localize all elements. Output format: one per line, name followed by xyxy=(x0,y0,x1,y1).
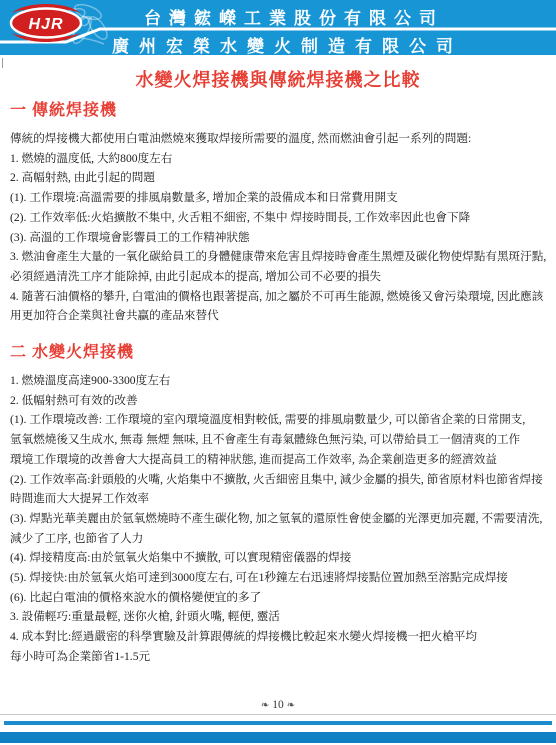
body-line: (4). 焊接精度高:由於氫氧火焰集中不擴散, 可以實現精密儀器的焊接 xyxy=(10,548,550,568)
body-line: (2). 工作效率低:火焰擴散不集中, 火舌粗不細密, 不集中 焊接時間長, 工… xyxy=(10,208,550,228)
body-line: 減少了工序, 也節省了人力 xyxy=(10,529,550,549)
body-line: 傳統的焊接機大都使用白電油燃燒來獲取焊接所需要的溫度, 然而燃油會引起一系列的問… xyxy=(10,129,550,149)
page-title: 水變火焊接機與傳統焊接機之比較 xyxy=(0,66,556,92)
page-number-value: 10 xyxy=(272,699,284,711)
ornament-icon: ❧ xyxy=(261,700,269,711)
logo-text: HJR xyxy=(28,16,63,33)
body-line: 4. 隨著石油價格的攀升, 白電油的價格也跟著提高, 加之屬於不可再生能源, 燃… xyxy=(10,287,550,307)
section1-heading: 一 傳統焊接機 xyxy=(10,97,550,120)
document-page: HJR 台灣鋐嶸工業股份有限公司 廣州宏榮水變火制造有限公司 水變火焊接機與傳統… xyxy=(0,0,556,745)
body-line: 每小時可為企業節省1-1.5元 xyxy=(10,647,550,667)
section2-heading: 二 水變火焊接機 xyxy=(10,339,550,362)
body-line: 2. 高幅射熱, 由此引起的問題 xyxy=(10,168,550,188)
body-line: 4. 成本對比:經過嚴密的科學實驗及計算跟傳統的焊接機比較起來水變火焊接機一把火… xyxy=(10,627,550,647)
body-line: (6). 比起白電油的價格來說水的價格變便宜的多了 xyxy=(10,588,550,608)
body-line: (1). 工作環境:高溫需要的排風扇數量多, 增加企業的設備成本和日常費用開支 xyxy=(10,188,550,208)
company-name-taiwan: 台灣鋐嶸工業股份有限公司 xyxy=(144,4,444,29)
hjr-logo: HJR xyxy=(0,0,92,46)
body-line: (3). 焊點光華美麗由於氫氧燃燒時不產生碳化物, 加之氫氧的還原性會使金屬的光… xyxy=(10,509,550,529)
body-line: 1. 燃燒的溫度低, 大約800度左右 xyxy=(10,149,550,169)
body-line: (3). 高溫的工作環境會影響員工的工作精神狀態 xyxy=(10,228,550,248)
body-line: 時間進而大大提昇工作效率 xyxy=(10,489,550,509)
body-line: (1). 工作環境改善: 工作環境的室內環境溫度相對較低, 需要的排風扇數量少,… xyxy=(10,410,550,430)
body-line: 環境工作環境的改善會大大提高員工的精神狀態, 進而提高工作效率, 為企業創造更多… xyxy=(10,450,550,470)
footer-hairline xyxy=(0,714,556,715)
body-line: 用更加符合企業與社會共贏的產品來替代 xyxy=(10,306,550,326)
ornament-icon: ❧ xyxy=(287,700,295,711)
body-line: (2). 工作效率高:針頭般的火嘴, 火焰集中不擴散, 火舌細密且集中, 減少金… xyxy=(10,470,550,490)
document-body: 一 傳統焊接機 傳統的焊接機大都使用白電油燃燒來獲取焊接所需要的溫度, 然而燃油… xyxy=(10,97,550,667)
body-line: 3. 燃油會產生大量的一氧化碳給員工的身體健康帶來危害且焊接時會產生黑煙及碳化物… xyxy=(10,247,550,267)
body-line: 3. 設備輕巧:重量最輕, 迷你火槍, 針頭火嘴, 輕便, 靈活 xyxy=(10,607,550,627)
body-line: 1. 燃燒溫度高達900-3300度左右 xyxy=(10,371,550,391)
body-line: 必須經過清洗工序才能除掉, 由此引起成本的提高, 增加公司不必要的損失 xyxy=(10,267,550,287)
header-band: HJR 台灣鋐嶸工業股份有限公司 廣州宏榮水變火制造有限公司 xyxy=(0,0,556,55)
body-line: (5). 焊接快:由於氫氧火焰可達到3000度左右, 可在1秒鐘左右迅速將焊接點… xyxy=(10,568,550,588)
body-line: 氫氧燃燒後又生成水, 無毒 無煙 無味, 且不會產生有毒氣體綠色無污染, 可以帶… xyxy=(10,430,550,450)
body-line: 2. 低幅射熱可有效的改善 xyxy=(10,391,550,411)
company-name-guangzhou: 廣州宏榮水變火制造有限公司 xyxy=(112,32,463,57)
footer-rule-thin xyxy=(4,721,552,725)
page-number: ❧10❧ xyxy=(0,699,556,711)
footer-rule-thick xyxy=(0,732,556,743)
